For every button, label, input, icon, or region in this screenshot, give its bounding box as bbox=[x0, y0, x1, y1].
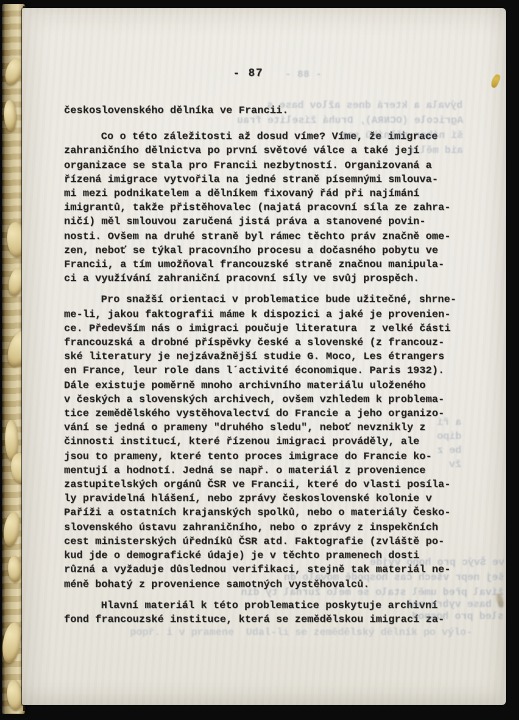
text-line: nosti. Ovšem na druhé straně byl rámec t… bbox=[64, 230, 462, 244]
text-line: méně bohatý z provenience samotných vyst… bbox=[64, 578, 462, 592]
text-line: fond francouzské instituce, která se zem… bbox=[64, 613, 462, 627]
bleedthrough-line: popř. i v pramene Udal-li se zemědělský … bbox=[130, 628, 472, 639]
text-line: řízená imigrace vytvořila na jedné stran… bbox=[64, 173, 462, 187]
text-line: ničí) měl smlouvou zaručená jistá práva … bbox=[64, 215, 462, 229]
text-line: me-li, jakou faktografii máme k dispozic… bbox=[64, 308, 462, 322]
text-line: mi mezi podnikatelem a dělníkem fixovaný… bbox=[64, 187, 462, 201]
glue-residue-blob bbox=[1, 621, 22, 664]
paper-stain bbox=[495, 592, 504, 608]
text-line: mentují a hodnotí. Jedná se např. o mate… bbox=[64, 464, 462, 478]
text-line: ské literatury je nejzávažnější studie G… bbox=[64, 350, 462, 364]
text-line: v českých a slovenských archivech, ovšem… bbox=[64, 393, 462, 407]
text-line: zastupitelských orgánů ČSR ve Francii, k… bbox=[64, 478, 462, 492]
text-line: Hlavní materiál k této problematice posk… bbox=[64, 599, 462, 613]
glue-residue-blob bbox=[6, 555, 22, 583]
text-line: československého dělníka ve Francii. bbox=[64, 104, 462, 118]
glue-residue-blob bbox=[3, 511, 21, 546]
text-line: tice zemědělského vystěhovalectví do Fra… bbox=[64, 407, 462, 421]
text-line: jsou to prameny, které tento proces imig… bbox=[64, 450, 462, 464]
text-line: různá a vyžaduje důslednou verifikaci, s… bbox=[64, 563, 462, 577]
text-line: slovenského ústavu zahraničního, nebo o … bbox=[64, 521, 462, 535]
text-line: imigrantů, takže přistěhovalec (najatá p… bbox=[64, 201, 462, 215]
text-line: vání se jedná o prameny "druhého sledu",… bbox=[64, 421, 462, 435]
text-line: Paříži a ostatních krajanských spolků, n… bbox=[64, 506, 462, 520]
text-line: Pro snažší orientaci v problematice bude… bbox=[64, 293, 462, 307]
bleedthrough-line: - 88 - bbox=[285, 70, 322, 81]
scanned-book-photo: { "document": { "page_number": "- 87", "… bbox=[0, 0, 519, 720]
glue-residue-blob bbox=[3, 57, 23, 87]
text-line: činnosti institucí, které řízenou imigra… bbox=[64, 435, 462, 449]
paragraph: Pro snažší orientaci v problematice bude… bbox=[64, 293, 462, 591]
paper-stain bbox=[490, 73, 502, 89]
scanned-page: - 87 československého dělníka ve Francii… bbox=[22, 8, 506, 705]
page-number: - 87 bbox=[233, 68, 263, 80]
text-line: francouzská a drobné příspěvky české a s… bbox=[64, 336, 462, 350]
text-line: zahraničního dělnictva po první světové … bbox=[64, 144, 462, 158]
text-line: Dále existuje poměrně mnoho archivního m… bbox=[64, 379, 462, 393]
text-line: zen, neboť se týkal pracovního procesu a… bbox=[64, 244, 462, 258]
typewritten-text-block: československého dělníka ve Francii.Co o… bbox=[64, 104, 462, 627]
text-line: en France, leur role dans l´activité éco… bbox=[64, 364, 462, 378]
paragraph: Hlavní materiál k této problematice posk… bbox=[64, 599, 462, 627]
text-line: ce. Především nás o imigraci poučuje lit… bbox=[64, 322, 462, 336]
text-line: ly pravidelná hlášení, nebo zprávy česko… bbox=[64, 492, 462, 506]
text-line: organizace se stala pro Francii nezbytno… bbox=[64, 159, 462, 173]
text-line: Francii, a tím umožňoval francouzské str… bbox=[64, 258, 462, 272]
text-line: ci a využívání zahraniční pracovní síly … bbox=[64, 272, 462, 286]
text-line: kud jde o demografické údaje) je v těcht… bbox=[64, 549, 462, 563]
text-line: Co o této záležitosti až dosud víme? Vím… bbox=[64, 130, 462, 144]
text-line: cest ministerských úředníků ČSR atd. Fak… bbox=[64, 535, 462, 549]
paragraph: Co o této záležitosti až dosud víme? Vím… bbox=[64, 130, 462, 286]
glue-residue-blob bbox=[2, 99, 17, 131]
paragraph: československého dělníka ve Francii. bbox=[64, 104, 462, 118]
